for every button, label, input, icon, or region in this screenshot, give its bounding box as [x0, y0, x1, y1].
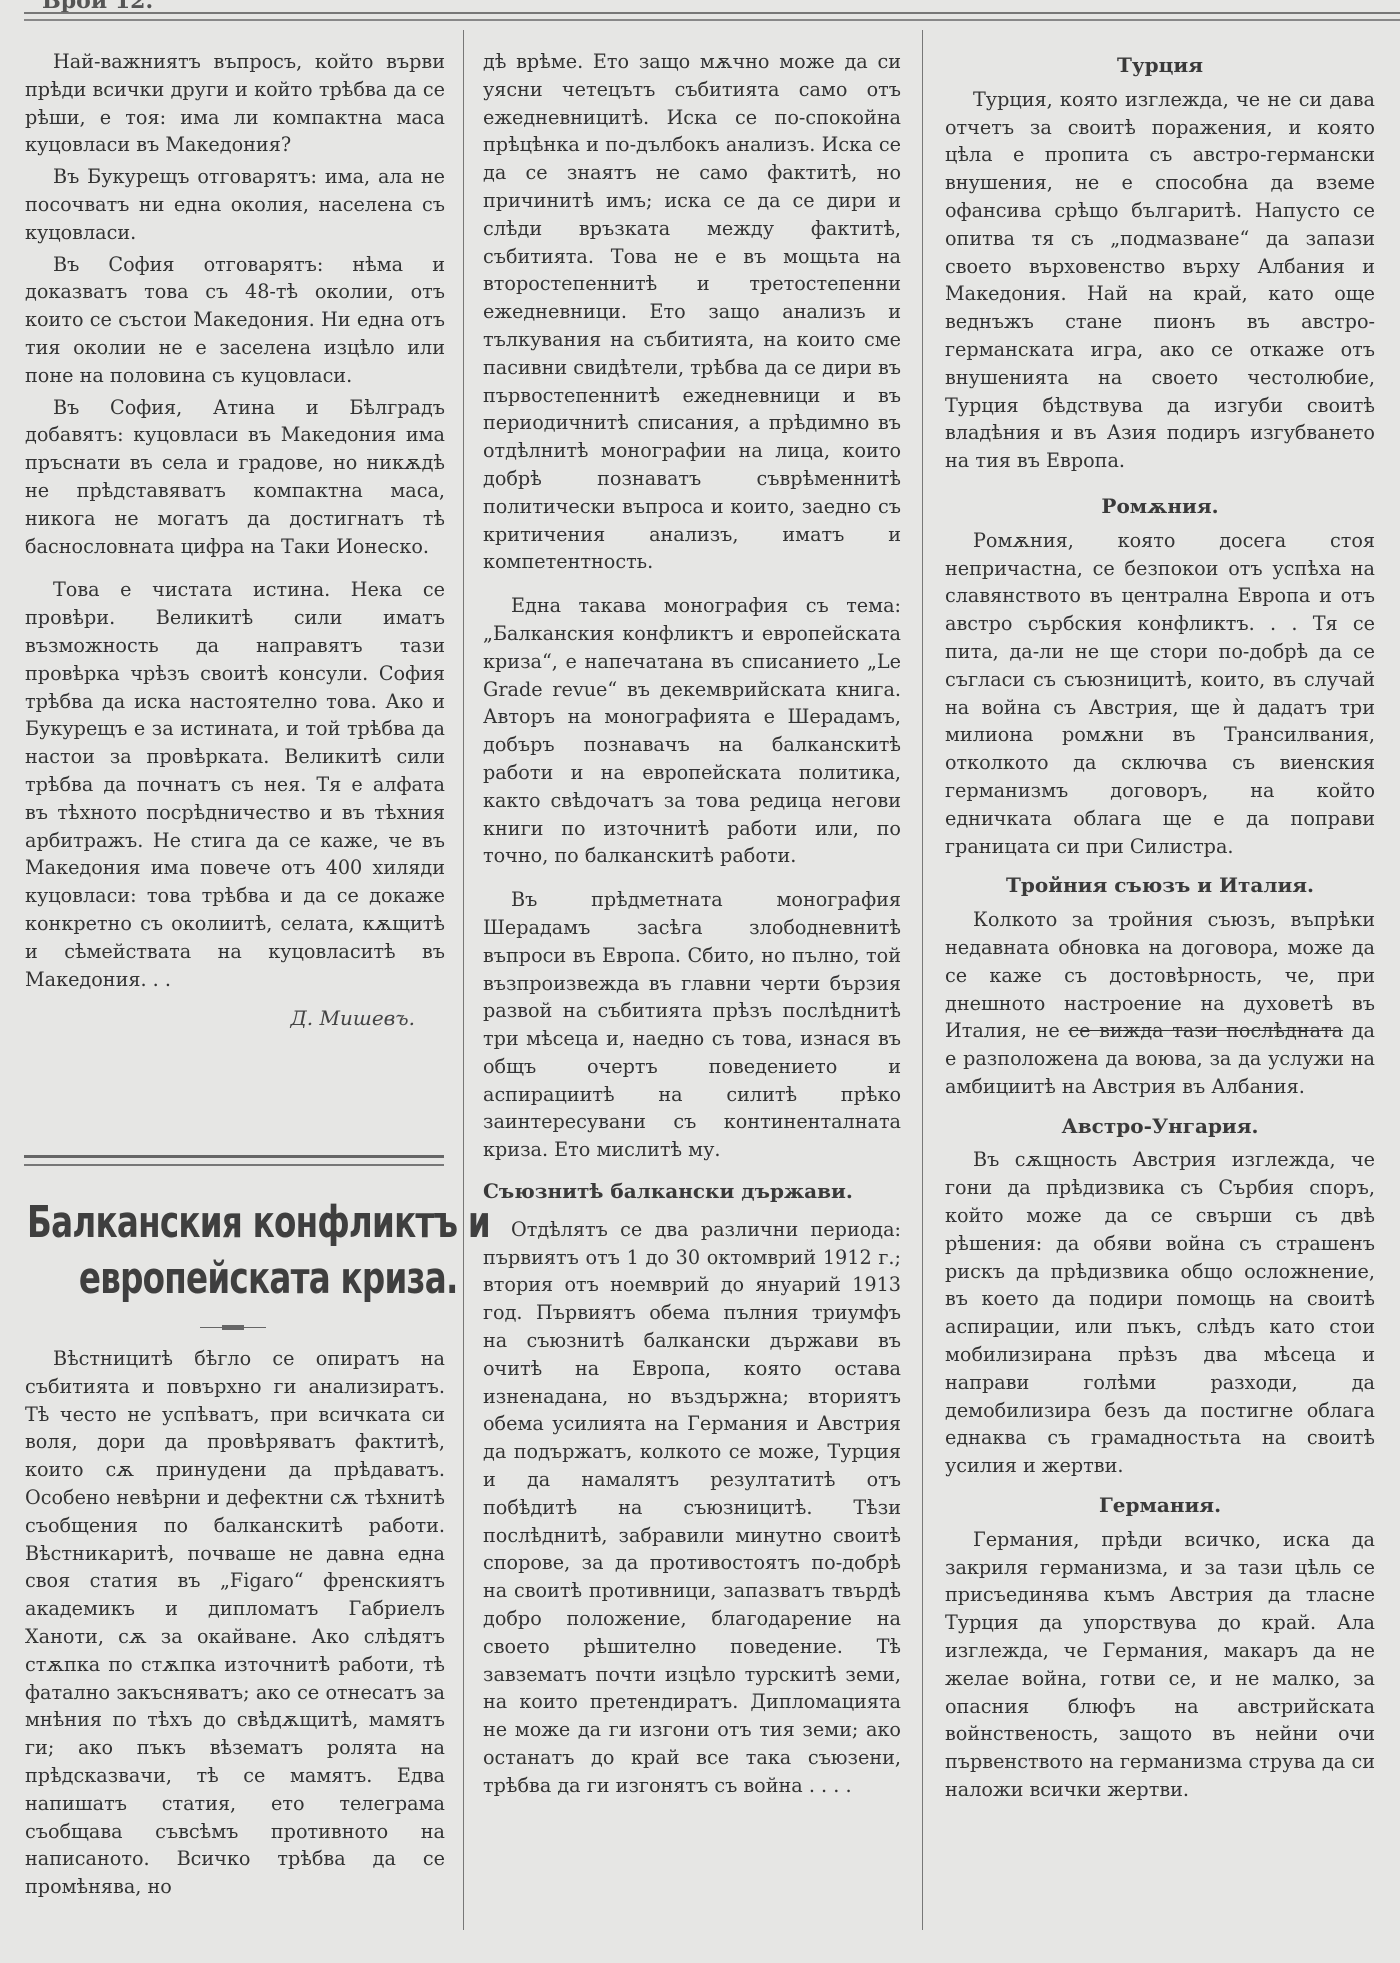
column-rule-1 [463, 30, 464, 1930]
section-heading-allies: Съюзнитѣ балкански държави. [483, 1178, 901, 1206]
paragraph: Въ сѫщность Австрия изглежда, че гони да… [945, 1146, 1375, 1480]
struck-text: се вижда тази послѣдната [1068, 1019, 1343, 1042]
paragraph: Вѣстницитѣ бѣгло се опиратъ на събитията… [25, 1345, 445, 1901]
paragraph: Въ прѣдметната монография Шерадамъ засѣг… [483, 886, 901, 1164]
article-separator-rule [24, 1155, 444, 1166]
paragraph: Колкото за тройния съюзъ, въпрѣки недавн… [945, 906, 1375, 1101]
left-column-article: Най-важниятъ въпросъ, който върви прѣди … [25, 48, 445, 1033]
headline-line-2: европейската криза. [79, 1251, 391, 1307]
right-column: Турция Турция, която изглежда, че не си … [945, 44, 1375, 1804]
paragraph: Отдѣлятъ се два различни периода: първия… [483, 1216, 901, 1800]
section-heading-triple-alliance: Тройния съюзъ и Италия. [945, 872, 1375, 900]
paragraph: Турция, която изглежда, че не си дава от… [945, 86, 1375, 475]
column-rule-2 [922, 30, 923, 1930]
section-heading-germany: Германия. [945, 1492, 1375, 1520]
section-heading-austria-hungary: Австро-Унгария. [945, 1113, 1375, 1141]
middle-column: дѣ врѣме. Ето защо мѫчно може да си уясн… [483, 48, 901, 1800]
author-signature: Д. Мишевъ. [25, 1005, 445, 1033]
paragraph: Германия, прѣди всичко, иска да закриля … [945, 1526, 1375, 1804]
paragraph: Въ София, Атина и Бѣлградъ добавятъ: куц… [25, 394, 445, 561]
section-heading-turkey: Турция [945, 52, 1375, 80]
paragraph: Това е чистата истина. Нека се провѣри. … [25, 576, 445, 993]
section-heading-romania: Ромѫния. [945, 493, 1375, 521]
paragraph: Една такава монография съ тема: „Балканс… [483, 592, 901, 870]
paragraph: дѣ врѣме. Ето защо мѫчно може да си уясн… [483, 48, 901, 576]
article-headline: Балканския конфликтъ и европейската криз… [79, 1195, 391, 1307]
ornament-divider-icon [200, 1325, 266, 1331]
newspaper-page: Брой 12. Най-важниятъ въпросъ, който вър… [0, 0, 1400, 1963]
paragraph: Въ София отговарятъ: нѣма и доказватъ то… [25, 251, 445, 390]
paragraph: Въ Букурещъ отговарятъ: има, ала не посо… [25, 163, 445, 246]
header-double-rule [24, 12, 1400, 21]
paragraph: Ромѫния, която досега стоя непричастна, … [945, 527, 1375, 861]
paragraph: Най-важниятъ въпросъ, който върви прѣди … [25, 48, 445, 159]
headline-line-1: Балканския конфликтъ и [27, 1195, 443, 1251]
article2-left-body: Вѣстницитѣ бѣгло се опиратъ на събитията… [25, 1345, 445, 1901]
